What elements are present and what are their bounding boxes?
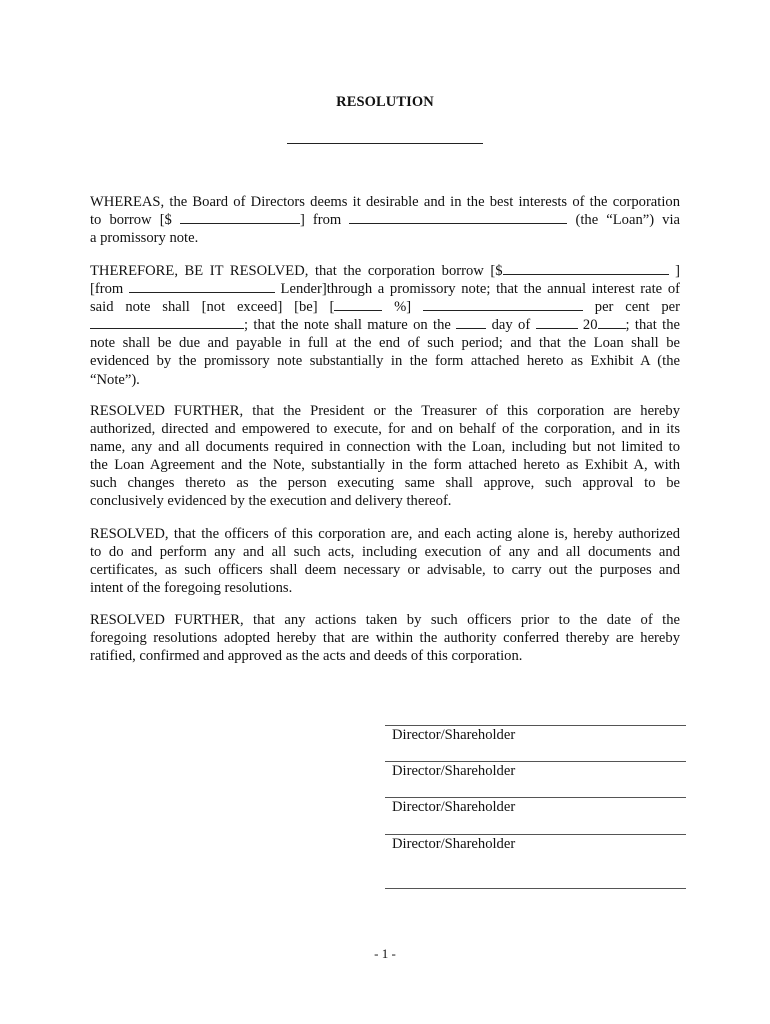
text-fragment: %]: [382, 299, 423, 315]
signature-label-4: Director/Shareholder: [392, 836, 515, 853]
paragraph-line: conclusively evidenced by the execution …: [90, 492, 680, 510]
text-fragment: [from: [90, 281, 129, 297]
resolved-paragraph: RESOLVED, that the officers of this corp…: [90, 525, 680, 597]
text-fragment: ; that the note shall mature on the: [244, 317, 456, 333]
paragraph-line: such changes thereto as the person execu…: [90, 474, 680, 492]
signature-line-5[interactable]: [385, 888, 686, 889]
paragraph-line: to borrow [$ ] from (the “Loan”) via: [90, 211, 680, 229]
paragraph-line: intent of the foregoing resolutions.: [90, 579, 680, 597]
text-fragment: per cent per: [583, 299, 680, 315]
text-fragment: said note shall [not exceed] [be] [: [90, 299, 334, 315]
paragraph-line: ratified, confirmed and approved as the …: [90, 647, 680, 665]
paragraph-line: RESOLVED FURTHER, that the President or …: [90, 402, 680, 420]
text-fragment: THEREFORE, BE IT RESOLVED, that the corp…: [90, 263, 503, 279]
period-blank[interactable]: [90, 316, 244, 329]
lender-name-blank[interactable]: [349, 211, 567, 224]
therefore-paragraph: THEREFORE, BE IT RESOLVED, that the corp…: [90, 262, 680, 389]
maturity-day-blank[interactable]: [456, 316, 486, 329]
text-fragment: ; that the: [626, 317, 680, 333]
paragraph-line: the Loan Agreement and the Note, substan…: [90, 456, 680, 474]
paragraph-line: a promissory note.: [90, 229, 680, 247]
paragraph-line: evidenced by the promissory note substan…: [90, 352, 680, 370]
paragraph-line: WHEREAS, the Board of Directors deems it…: [90, 193, 680, 211]
maturity-year-blank[interactable]: [598, 316, 626, 329]
paragraph-line: name, any and all documents required in …: [90, 438, 680, 456]
signature-line-4[interactable]: [385, 834, 686, 835]
text-fragment: to borrow [$: [90, 212, 180, 228]
signature-line-2[interactable]: [385, 761, 686, 762]
signature-line-1[interactable]: [385, 725, 686, 726]
paragraph-line: certificates, as such officers shall dee…: [90, 561, 680, 579]
text-fragment: ] from: [300, 212, 349, 228]
text-fragment: day of: [486, 317, 535, 333]
text-fragment: Lender]through a promissory note; that t…: [275, 281, 680, 297]
text-fragment: (the “Loan”) via: [567, 212, 680, 228]
paragraph-line: authorized, directed and empowered to ex…: [90, 420, 680, 438]
document-page: RESOLUTION WHEREAS, the Board of Directo…: [0, 0, 770, 1024]
paragraph-line: “Note”).: [90, 371, 680, 389]
page-number: - 1 -: [0, 946, 770, 962]
loan-amount-blank[interactable]: [180, 211, 300, 224]
paragraph-line: [from Lender]through a promissory note; …: [90, 280, 680, 298]
paragraph-line: note shall be due and payable in full at…: [90, 334, 680, 352]
signature-block: Director/Shareholder Director/Shareholde…: [385, 725, 686, 895]
paragraph-line: to do and perform any and all such acts,…: [90, 543, 680, 561]
paragraph-line: foregoing resolutions adopted hereby tha…: [90, 629, 680, 647]
text-fragment: 20: [578, 317, 598, 333]
paragraph-line: THEREFORE, BE IT RESOLVED, that the corp…: [90, 262, 680, 280]
paragraph-line: RESOLVED FURTHER, that any actions taken…: [90, 611, 680, 629]
maturity-month-blank[interactable]: [536, 316, 578, 329]
paragraph-line: ; that the note shall mature on the day …: [90, 316, 680, 334]
title-underline-blank[interactable]: [287, 143, 483, 144]
resolved-further-paragraph-1: RESOLVED FURTHER, that the President or …: [90, 402, 680, 511]
text-fragment: ]: [669, 263, 680, 279]
interest-rate-words-blank[interactable]: [423, 298, 583, 311]
signature-line-3[interactable]: [385, 797, 686, 798]
paragraph-line: said note shall [not exceed] [be] [ %] p…: [90, 298, 680, 316]
signature-label-3: Director/Shareholder: [392, 799, 515, 816]
interest-rate-blank[interactable]: [334, 298, 382, 311]
resolved-further-paragraph-2: RESOLVED FURTHER, that any actions taken…: [90, 611, 680, 665]
document-title: RESOLUTION: [0, 94, 770, 111]
whereas-paragraph: WHEREAS, the Board of Directors deems it…: [90, 193, 680, 247]
lender-blank[interactable]: [129, 280, 275, 293]
signature-label-2: Director/Shareholder: [392, 763, 515, 780]
paragraph-line: RESOLVED, that the officers of this corp…: [90, 525, 680, 543]
borrow-amount-blank[interactable]: [503, 262, 669, 275]
signature-label-1: Director/Shareholder: [392, 727, 515, 744]
